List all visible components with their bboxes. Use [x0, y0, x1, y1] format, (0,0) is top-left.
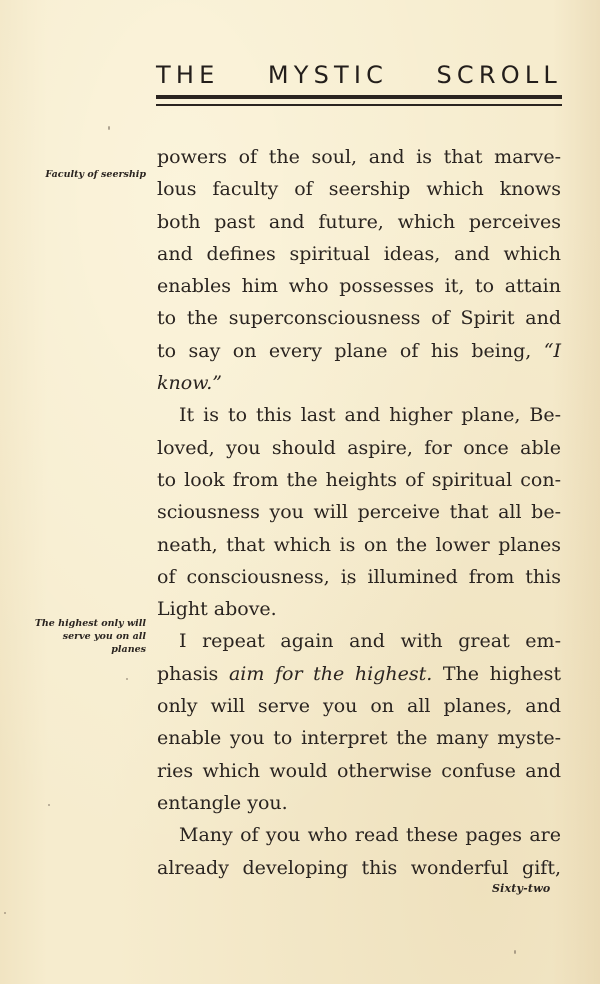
- text-line: entangle you.: [157, 787, 561, 819]
- page-number: Sixty-two: [492, 882, 550, 895]
- header-title: THE MYSTIC SCROLL: [156, 60, 562, 90]
- header-word: MYSTIC: [268, 60, 388, 90]
- text-line: already developing this wonderful gift,: [157, 852, 561, 884]
- text-line: Many of you who read these pages are: [157, 819, 561, 851]
- margin-note-highest: The highest only will serve you on all p…: [35, 617, 146, 656]
- margin-note-seership: Faculty of seership: [45, 168, 146, 181]
- paper-speck: [126, 678, 128, 680]
- text-line: enable you to interpret the many myste-: [157, 722, 561, 754]
- running-header: THE MYSTIC SCROLL: [156, 60, 562, 106]
- header-word: THE: [156, 60, 219, 90]
- paper-speck: [4, 912, 6, 914]
- text-line: neath, that which is on the lower planes: [157, 529, 561, 561]
- text-line: enables him who possesses it, to attain: [157, 270, 561, 302]
- paper-speck: [347, 583, 349, 585]
- paper-speck: [514, 950, 516, 954]
- header-rule-thick: [156, 95, 562, 99]
- text-line: Light above.: [157, 593, 561, 625]
- header-rule-thin: [156, 104, 562, 106]
- text-line: and defines spiritual ideas, and which: [157, 238, 561, 270]
- text-line: to say on every plane of his being, “I: [157, 335, 561, 367]
- header-word: SCROLL: [436, 60, 562, 90]
- text-line: It is to this last and higher plane, Be-: [157, 399, 561, 431]
- text-line: both past and future, which perceives: [157, 206, 561, 238]
- book-page: THE MYSTIC SCROLL Faculty of seership Th…: [0, 0, 600, 984]
- text-line: know.”: [157, 367, 561, 399]
- text-line: lous faculty of seership which knows: [157, 173, 561, 205]
- emphasis-italic: aim for the highest.: [229, 663, 432, 685]
- text-line: of consciousness, is illumined from this: [157, 561, 561, 593]
- text-line: sciousness you will perceive that all be…: [157, 496, 561, 528]
- text-fragment: to say on every plane of his being,: [157, 340, 531, 362]
- body-text: powers of the soul, and is that marve- l…: [157, 141, 561, 884]
- text-fragment: phasis: [157, 663, 218, 685]
- margin-note-line: The highest only will: [35, 617, 146, 630]
- text-line: phasis aim for the highest. The highest: [157, 658, 561, 690]
- quoted-italic: know.”: [157, 372, 222, 394]
- margin-note-line: planes: [35, 643, 146, 656]
- text-line: powers of the soul, and is that marve-: [157, 141, 561, 173]
- text-line: ries which would otherwise confuse and: [157, 755, 561, 787]
- text-line: I repeat again and with great em-: [157, 625, 561, 657]
- text-line: to look from the heights of spiritual co…: [157, 464, 561, 496]
- text-fragment: The highest: [443, 663, 561, 685]
- quoted-italic: “I: [544, 340, 561, 362]
- text-line: loved, you should aspire, for once able: [157, 432, 561, 464]
- paper-speck: [108, 126, 110, 130]
- margin-note-text: Faculty of seership: [45, 169, 146, 180]
- text-line: to the superconsciousness of Spirit and: [157, 302, 561, 334]
- text-line: only will serve you on all planes, and: [157, 690, 561, 722]
- paper-speck: [48, 804, 50, 806]
- margin-note-line: serve you on all: [35, 630, 146, 643]
